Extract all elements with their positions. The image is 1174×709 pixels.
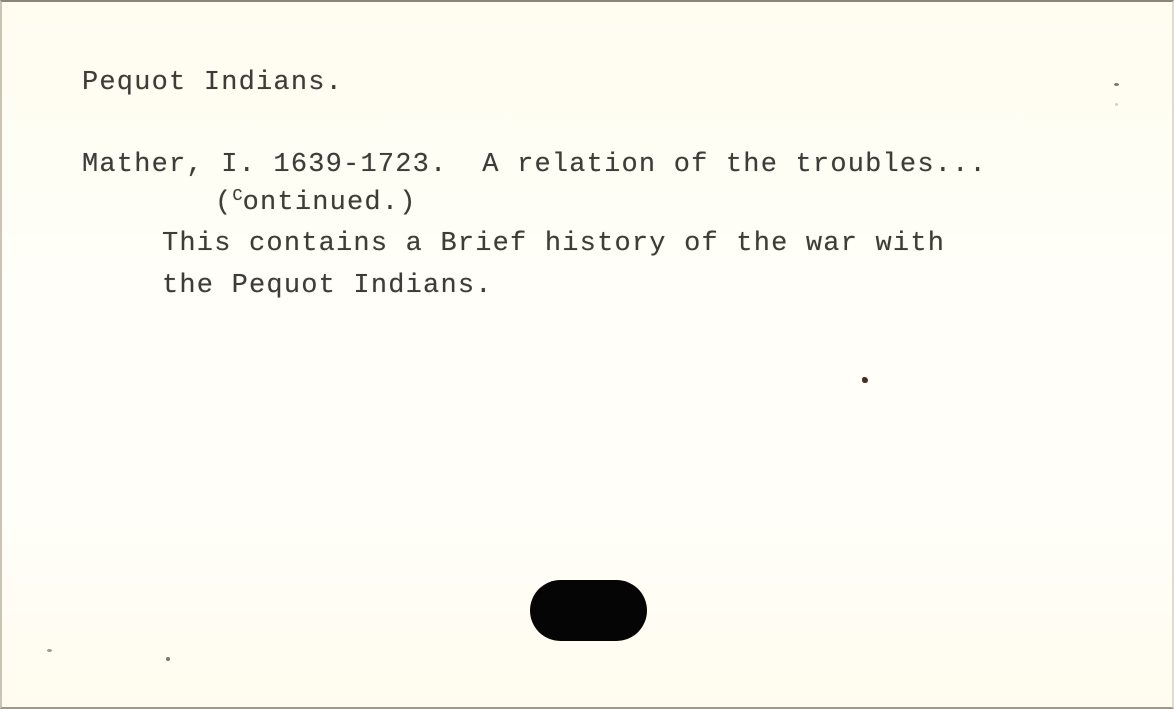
catalog-card: Pequot Indians. Mather, I. 1639-1723. A … bbox=[0, 0, 1174, 709]
continued-rest: ontinued.) bbox=[243, 188, 417, 218]
ink-speck bbox=[862, 377, 868, 383]
note-line-2: the Pequot Indians. bbox=[162, 273, 493, 300]
ink-speck bbox=[1114, 83, 1119, 86]
continued-note: (Continued.) bbox=[215, 188, 417, 217]
punch-hole bbox=[530, 580, 647, 641]
continued-superscript: C bbox=[232, 187, 242, 206]
ink-speck bbox=[47, 649, 52, 652]
main-entry: Mather, I. 1639-1723. A relation of the … bbox=[82, 152, 987, 179]
ink-speck bbox=[1115, 103, 1118, 106]
continued-open-paren: ( bbox=[215, 188, 232, 218]
ink-speck bbox=[166, 657, 170, 661]
note-line-1: This contains a Brief history of the war… bbox=[162, 231, 945, 258]
subject-heading: Pequot Indians. bbox=[82, 70, 343, 97]
